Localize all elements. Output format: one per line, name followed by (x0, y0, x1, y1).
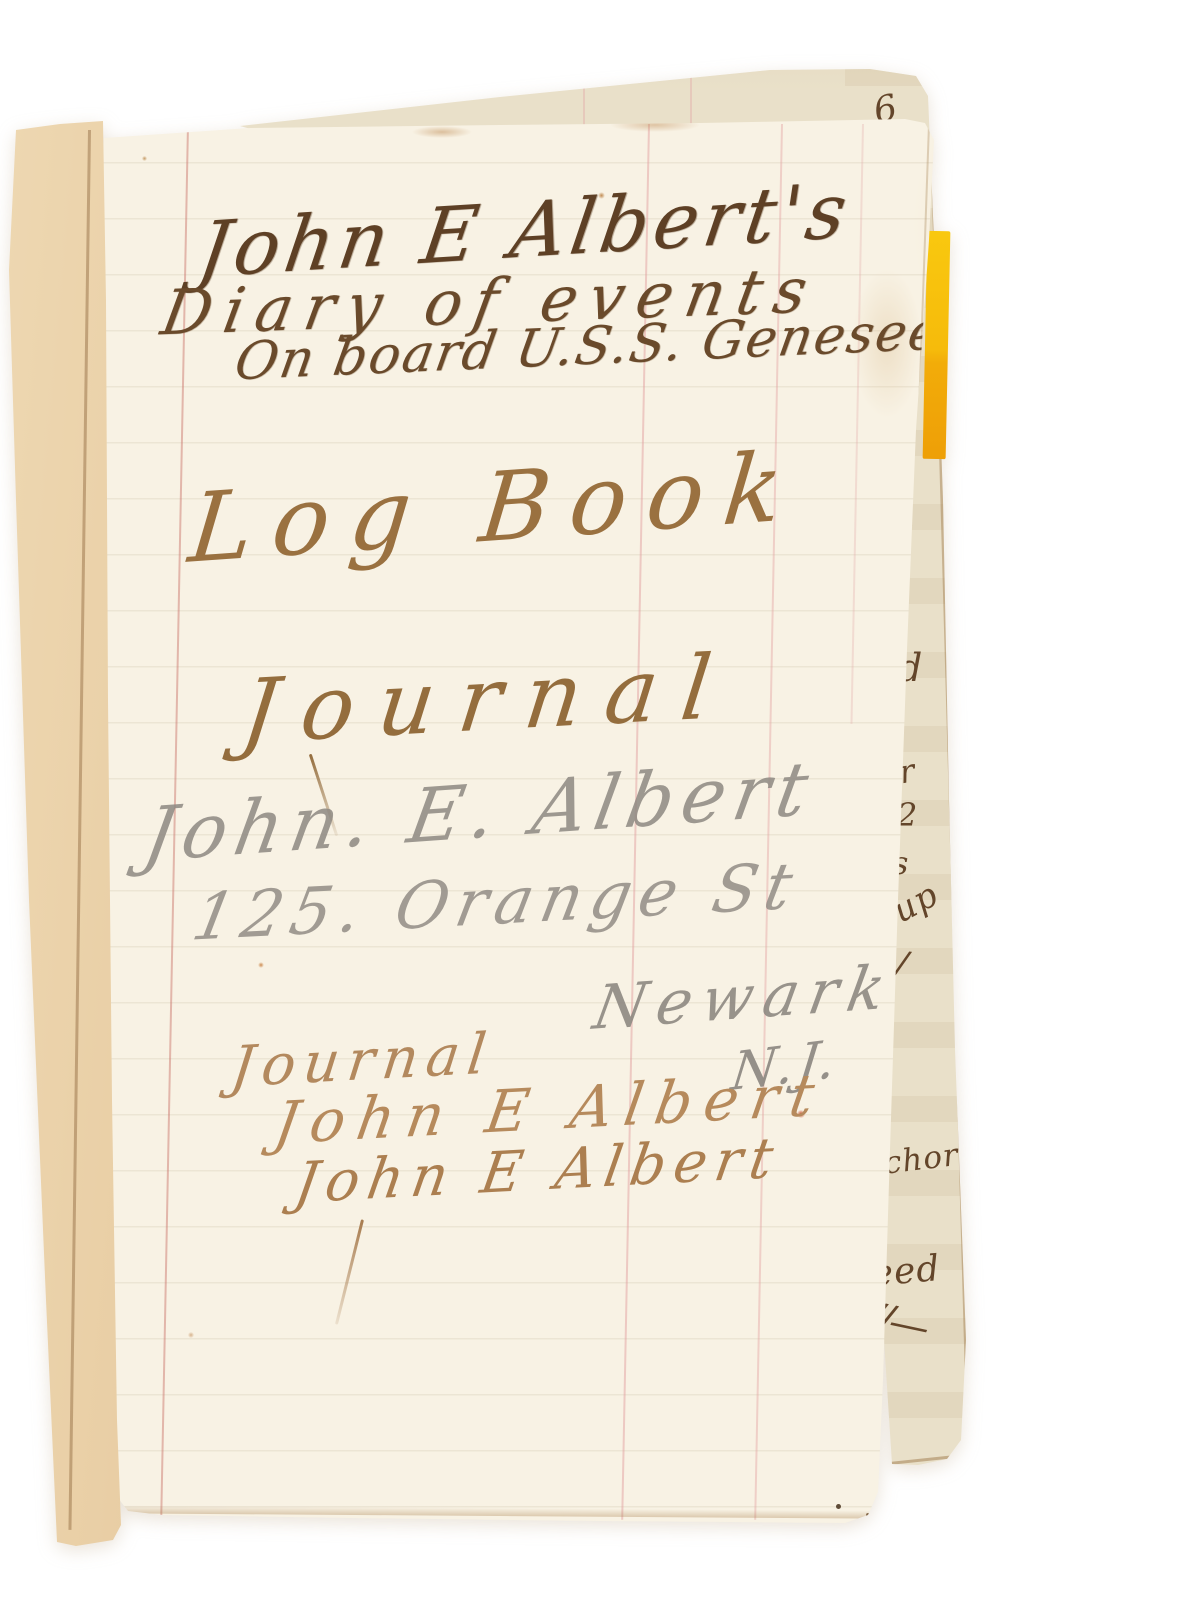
foxing-spot (412, 126, 472, 138)
foxing-spot (258, 962, 264, 968)
gutter-crease (68, 130, 91, 1530)
foxing-spot (866, 1513, 870, 1517)
title-page: John E Albert's Diary of events On board… (0, 0, 1200, 1600)
foxing-spot (836, 1504, 841, 1509)
foxing-spot (188, 1332, 194, 1338)
back-page-rule (690, 70, 692, 126)
back-page-rule (583, 74, 585, 128)
foxing-spot (142, 156, 147, 161)
book: 6 d - - r 2 s up / chor eed //— (0, 0, 1200, 1600)
diary-photo: 6 d - - r 2 s up / chor eed //— (0, 0, 1200, 1600)
handwriting-journal: Journal (237, 642, 740, 756)
